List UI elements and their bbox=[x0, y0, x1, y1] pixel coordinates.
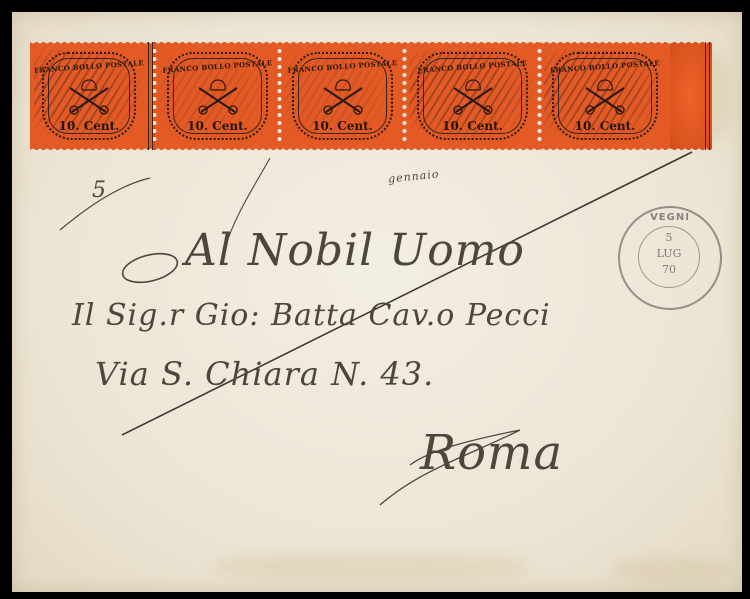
gutter-line bbox=[709, 42, 710, 150]
postmark-month: LUG bbox=[639, 247, 699, 260]
address-line-2: Il Sig.r Gio: Batta Cav.o Pecci bbox=[72, 298, 551, 333]
postmark: VEGNI 5 LUG 70 bbox=[618, 206, 722, 310]
stamp: FRANCO BOLLO POSTALE10. Cent. bbox=[280, 42, 405, 150]
stamp-value: 10. Cent. bbox=[280, 119, 405, 133]
perforation bbox=[402, 48, 407, 144]
gutter-line bbox=[148, 42, 149, 150]
stamp-value: 10. Cent. bbox=[155, 119, 280, 133]
crossed-keys-icon bbox=[193, 76, 243, 116]
rate-note: 5 bbox=[92, 178, 107, 203]
stamp: FRANCO BOLLO POSTALE10. Cent. bbox=[30, 42, 148, 150]
stamp-value: 10. Cent. bbox=[30, 119, 148, 133]
perforation bbox=[277, 48, 282, 144]
address-line-4: Roma bbox=[420, 425, 563, 481]
stamp-value: 10. Cent. bbox=[405, 119, 540, 133]
postmark-year: 70 bbox=[639, 263, 699, 276]
paper-stain bbox=[612, 557, 732, 583]
gutter-line bbox=[705, 42, 706, 150]
stamp-value: 10. Cent. bbox=[540, 119, 670, 133]
perforation bbox=[537, 48, 542, 144]
crossed-keys-icon bbox=[580, 76, 630, 116]
crossed-keys-icon bbox=[64, 76, 114, 116]
address-line-3: Via S. Chiara N. 43. bbox=[95, 355, 434, 393]
stamp: FRANCO BOLLO POSTALE10. Cent. bbox=[540, 42, 670, 150]
stamp: FRANCO BOLLO POSTALE10. Cent. bbox=[405, 42, 540, 150]
crossed-keys-icon bbox=[448, 76, 498, 116]
postmark-inner-ring: 5 LUG 70 bbox=[638, 226, 700, 288]
stamp: FRANCO BOLLO POSTALE10. Cent. bbox=[155, 42, 280, 150]
gutter-line bbox=[152, 42, 153, 150]
address-line-1: Al Nobil Uomo bbox=[185, 225, 525, 276]
postmark-town: VEGNI bbox=[620, 212, 720, 223]
paper-stain bbox=[212, 552, 532, 582]
postmark-day: 5 bbox=[639, 231, 699, 244]
crossed-keys-icon bbox=[318, 76, 368, 116]
